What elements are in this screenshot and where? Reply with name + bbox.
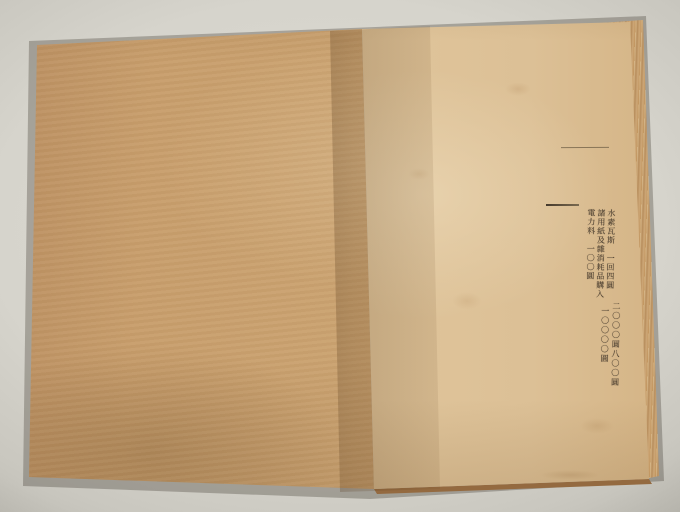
printed-rule-left [546,204,579,206]
foxing-spot [505,82,531,96]
foxing-spot [452,292,482,310]
vertical-text-amounts: 二〇〇〇圓八〇〇圓 一〇〇〇〇圓 [599,302,622,386]
vertical-text-items: 水素瓦斯 一回四圓 諸用紙及雜消耗品購入 電力料 一〇〇圓 [584,208,616,305]
text-column-hydrogen-gas: 水素瓦斯 一回四圓 [604,209,616,305]
text-column-papers-consumables: 諸用紙及雜消耗品購入 [594,209,606,305]
foxing-spot [540,470,600,480]
amount-column-1: 二〇〇〇圓八〇〇圓 [610,302,622,386]
foxing-spot [580,418,614,434]
photo-of-open-book: 水素瓦斯 一回四圓 諸用紙及雜消耗品購入 電力料 一〇〇圓 二〇〇〇圓八〇〇圓 … [0,0,680,512]
